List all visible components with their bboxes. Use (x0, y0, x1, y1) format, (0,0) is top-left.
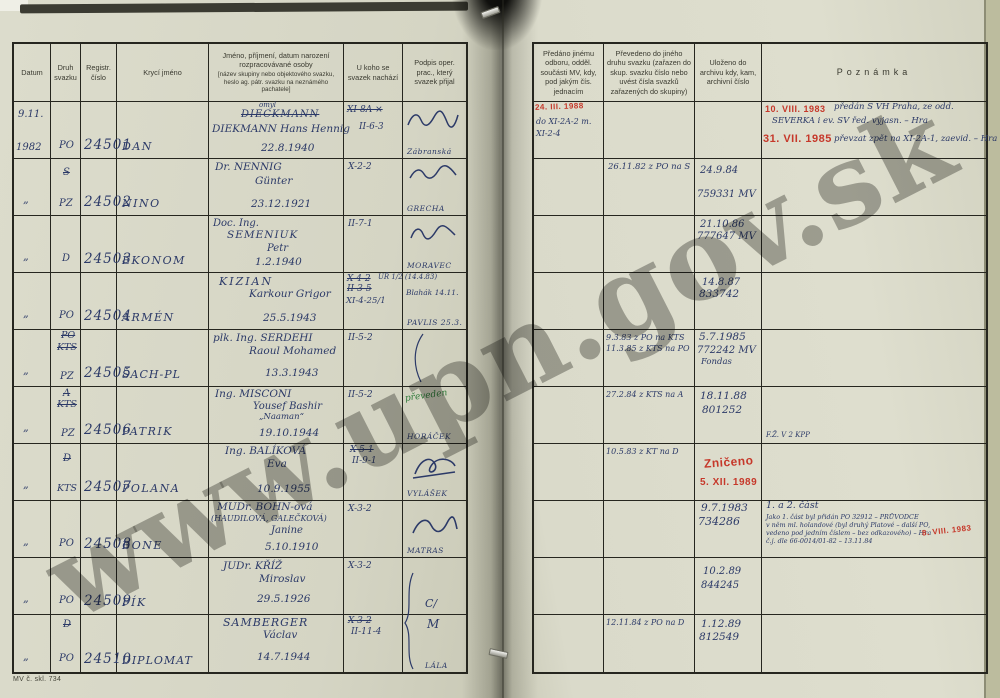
cell-jmeno: Ing. MISCONI Yousef Bashir „Naaman“ 19.1… (209, 387, 344, 443)
birth-date: 10.9.1955 (257, 484, 310, 496)
signature-name: LÁLA (425, 662, 448, 670)
cell-datum: „ (14, 501, 51, 557)
cell-datum: „ (14, 615, 51, 672)
person-name: Ing. MISCONI (215, 389, 291, 401)
note-line: Jako 1. část byl přidán PO 32912 – PRŮVO… (766, 514, 919, 521)
ledger-row-bone: „ PO 24508 BONE MUDr. BOHN-ová (HAUDILOV… (14, 501, 466, 558)
cell-reg: 24502 (81, 159, 117, 215)
cell-podpis: MATRAS (403, 501, 466, 557)
person-name: DIEKMANN Hans Hennig (212, 124, 350, 136)
ditto-mark: „ (23, 593, 29, 605)
cell-ukoho: II-5-2 (344, 387, 403, 443)
cell-poznamka (762, 444, 986, 500)
ditto-mark: „ (23, 479, 29, 491)
signature-name: MATRAS (407, 547, 444, 555)
cell-kryci: ARMÉN (117, 273, 209, 329)
note-line: v něm ml. holandové (byl druhý Platové –… (766, 522, 930, 529)
birth-date: 5.10.1910 (265, 542, 318, 554)
note-line: převzat zpět na XI-2A-1, zaevid. – Hra (834, 135, 997, 144)
cell-poznamka (762, 273, 986, 329)
crossed-name: DIECKMANN (241, 109, 319, 120)
person-given-name: Karkour Grigor (249, 289, 331, 301)
cell-ulozeno: 5.7.1985 772242 MV Fondas (695, 330, 762, 386)
birth-date: 22.8.1940 (261, 143, 314, 155)
signature-name: MORAVEC (407, 262, 452, 270)
person-name: SAMBERGER (223, 617, 308, 629)
note-line: SEVERKA i ev. SV řed. vyjasn. – Hra (772, 117, 928, 126)
archive-note: Fondas (701, 358, 732, 367)
druh-entry: PZ (60, 371, 74, 382)
cell-druh: PO (51, 558, 81, 614)
archive-date: 21.10.86 (700, 219, 745, 230)
cell-predano (534, 330, 604, 386)
location-crossed: X-5-1 (350, 446, 374, 456)
cell-podpis: převeden HORÁČEK (403, 387, 466, 443)
cell-kryci: EKONOM (117, 216, 209, 272)
cell-datum: „ (14, 216, 51, 272)
cell-podpis: MORAVEC (403, 216, 466, 272)
cell-poznamka (762, 159, 986, 215)
archive-row-fik: 10.2.89 844245 (534, 558, 986, 615)
location-code: II-6-3 (359, 123, 384, 133)
cell-ulozeno: 1.12.89 812549 (695, 615, 762, 672)
ledger-row-patrik: „ A KTS PZ 24506 PATRIK Ing. MISCONI You… (14, 387, 466, 444)
date-stamp: 5. XII. 1989 (700, 477, 757, 488)
person-name: Dr. NENNIG (215, 162, 282, 174)
cell-podpis: Zábranská (403, 102, 466, 158)
cell-kryci: PATRIK (117, 387, 209, 443)
date-stamp: 24. III. 1988 (535, 102, 584, 112)
header-datum: Datum (14, 44, 51, 101)
ledger-row-armen: „ PO 24504 ARMÉN KIZIAN Karkour Grigor 2… (14, 273, 466, 330)
cell-jmeno: Ing. BALÍKOVÁ Eva 10.9.1955 (209, 444, 344, 500)
ledger-row-dan: 9.11. 1982 PO 24501 DAN omyl DIECKMANN D… (14, 102, 466, 159)
header-podpis: Podpis oper. prac., který svazek přijal (403, 44, 466, 101)
ledger-row-nino: „ S PZ 24502 NINO Dr. NENNIG Günter 23.1… (14, 159, 466, 216)
cell-reg: 24507 (81, 444, 117, 500)
cover-name: PATRIK (122, 426, 173, 438)
cell-jmeno: MUDr. BOHN-ová (HAUDILOVÁ, GALEČKOVÁ) Ja… (209, 501, 344, 557)
archive-number: 759331 MV (697, 189, 756, 200)
cell-prevedeno (604, 501, 695, 557)
archive-row-diplomat: 12.11.84 z PO na D 1.12.89 812549 (534, 615, 986, 672)
cover-name: BONE (122, 540, 163, 552)
cover-name: DAN (122, 141, 153, 153)
signature-mark: C/ (425, 598, 437, 610)
cell-reg: 24510 (81, 615, 117, 672)
cell-predano (534, 273, 604, 329)
form-number: MV č. skl. 734 (13, 676, 61, 683)
cell-jmeno: Doc. Ing. SEMENIUK Petr 1.2.1940 (209, 216, 344, 272)
cell-predano (534, 501, 604, 557)
cell-prevedeno (604, 102, 695, 158)
transfer-note: do XI-2A-2 m. (536, 118, 591, 127)
cover-name: FÍK (122, 597, 147, 609)
cell-datum: „ (14, 159, 51, 215)
ditto-mark: „ (23, 365, 29, 377)
cell-druh: PO (51, 102, 81, 158)
location-code: II-5-2 (348, 391, 373, 401)
header-jmeno-line2: rozpracovávané osoby (211, 60, 341, 69)
cell-jmeno: omyl DIECKMANN DIEKMANN Hans Hennig 22.8… (209, 102, 344, 158)
ink-curve (409, 332, 429, 384)
ledger-row-ekonom: „ D 24503 EKONOM Doc. Ing. SEMENIUK Petr… (14, 216, 466, 273)
location-code: II-5-2 (348, 334, 373, 344)
cell-predano (534, 387, 604, 443)
person-given-name: Eva (267, 459, 287, 471)
cell-ukoho: II-5-2 (344, 330, 403, 386)
cell-ulozeno: 9.7.1983 734286 (695, 501, 762, 557)
ditto-mark: „ (23, 422, 29, 434)
ledger-row-fik: „ PO 24509 FÍK JUDr. KŘÍŽ Miroslav 29.5.… (14, 558, 466, 615)
cell-ulozeno: 10.2.89 844245 (695, 558, 762, 614)
ditto-mark: „ (23, 651, 29, 663)
archive-date: 18.11.88 (700, 391, 747, 403)
location-crossed: II-3-5 (347, 285, 372, 295)
cell-podpis: GRECHA (403, 159, 466, 215)
datum-entry: 9.11. (18, 109, 43, 120)
header-poznamka: Poznámka (762, 44, 986, 101)
location-code: II-7-1 (348, 220, 373, 230)
birth-date: 29.5.1926 (257, 594, 310, 606)
location-note: UŘ 1/2 (14.4.83) (378, 274, 437, 282)
cell-ulozeno: Zničeno 5. XII. 1989 (695, 444, 762, 500)
archive-row-patrik: 27.2.84 z KTS na A 18.11.88 801252 F.Ž. … (534, 387, 986, 444)
birth-date: 19.10.1944 (259, 428, 319, 440)
person-name: KIZIAN (219, 276, 273, 288)
archive-row-bone: 9.7.1983 734286 1. a 2. část Jako 1. čás… (534, 501, 986, 558)
signature-scribble (409, 224, 457, 244)
person-given-name: Günter (255, 176, 292, 188)
cell-jmeno: Dr. NENNIG Günter 23.12.1921 (209, 159, 344, 215)
cell-predano (534, 615, 604, 672)
header-prevedeno: Převedeno do jiného druhu svazku (zařaze… (604, 44, 695, 101)
archive-number: 812549 (699, 632, 739, 644)
archive-number: 801252 (702, 405, 742, 417)
cell-reg: 24504 (81, 273, 117, 329)
location-code: X-3-2 (348, 505, 372, 515)
location-code: II-11-4 (351, 628, 381, 638)
green-ink-note: převeden (405, 389, 449, 405)
ledger-row-diplomat: „ D PO 24510 DIPLOMAT SAMBERGER Václav 1… (14, 615, 466, 672)
cell-podpis: M LÁLA (403, 615, 466, 672)
cover-name: DIPLOMAT (122, 655, 193, 667)
druh-crossed: D (63, 619, 71, 630)
ledger-row-polana: „ D KTS 24507 POLANA Ing. BALÍKOVÁ Eva 1… (14, 444, 466, 501)
cell-ukoho: X-3-2 II-11-4 (344, 615, 403, 672)
location-crossed: XI-8A × (347, 106, 383, 116)
birth-date: 1.2.1940 (255, 257, 302, 269)
cell-kryci: ŠACH-PL (117, 330, 209, 386)
note-line: F.Ž. V 2 KPP (766, 432, 810, 440)
cell-ulozeno: 18.11.88 801252 (695, 387, 762, 443)
archive-number: 833742 (699, 289, 739, 301)
cell-ukoho: XI-8A × II-6-3 (344, 102, 403, 158)
person-given-name: Miroslav (259, 574, 305, 586)
person-name: Ing. BALÍKOVÁ (225, 446, 306, 458)
ledger-row-sach: „ PO KTS PZ 24505 ŠACH-PL plk. Ing. SERD… (14, 330, 466, 387)
archive-row-dan: 24. III. 1988 do XI-2A-2 m. XI-2-4 10. V… (534, 102, 986, 159)
person-name: MUDr. BOHN-ová (217, 502, 312, 514)
conversion-note: 10.5.83 z KT na D (606, 448, 679, 457)
cell-reg: 24505 (81, 330, 117, 386)
person-given-name: Petr (267, 243, 288, 254)
header-u-koho: U koho se svazek nachází (344, 44, 403, 101)
cell-predano: 24. III. 1988 do XI-2A-2 m. XI-2-4 (534, 102, 604, 158)
archive-date: 24.9.84 (700, 165, 738, 176)
archive-date: 14.8.87 (702, 277, 740, 288)
cell-prevedeno (604, 273, 695, 329)
birth-date: 13.3.1943 (265, 368, 318, 380)
conversion-note: 11.3.85 z KTS na PO (606, 345, 690, 354)
cell-datum: „ (14, 330, 51, 386)
cell-predano (534, 159, 604, 215)
druh-entry: PO (59, 140, 74, 151)
cell-datum: „ (14, 387, 51, 443)
druh-crossed: S (63, 167, 70, 178)
ink-brace (401, 571, 417, 671)
cell-jmeno: KIZIAN Karkour Grigor 25.5.1943 (209, 273, 344, 329)
location-code: X-3-2 (348, 562, 372, 572)
archive-row-nino: 26.11.82 z PO na S 24.9.84 759331 MV (534, 159, 986, 216)
ditto-mark: „ (23, 536, 29, 548)
person-given-name: Raoul Mohamed (249, 346, 336, 358)
conversion-note: 12.11.84 z PO na D (606, 619, 684, 628)
datum-entry: 1982 (16, 142, 41, 153)
cell-prevedeno: 27.2.84 z KTS na A (604, 387, 695, 443)
header-registr-cislo: Registr. číslo (81, 44, 117, 101)
destroyed-stamp: Zničeno (704, 454, 754, 471)
cell-poznamka (762, 615, 986, 672)
cell-reg: 24503 (81, 216, 117, 272)
person-name: SEMENIUK (227, 230, 298, 242)
cell-prevedeno (604, 558, 695, 614)
cell-reg: 24506 (81, 387, 117, 443)
cell-ulozeno: 14.8.87 833742 (695, 273, 762, 329)
conversion-note: 9.3.83 z PO na KTS (606, 334, 685, 343)
person-maiden-names: (HAUDILOVÁ, GALEČKOVÁ) (211, 515, 327, 524)
cell-druh: D (51, 216, 81, 272)
header-predano: Předáno jinému odboru, odděl. součásti M… (534, 44, 604, 101)
header-kryci-jmeno: Krycí jméno (117, 44, 209, 101)
cell-poznamka: F.Ž. V 2 KPP (762, 387, 986, 443)
cell-prevedeno: 12.11.84 z PO na D (604, 615, 695, 672)
person-name: plk. Ing. SERDEHI (213, 333, 313, 345)
cover-name: ARMÉN (122, 312, 175, 324)
cell-prevedeno: 26.11.82 z PO na S (604, 159, 695, 215)
right-page-table: Předáno jinému odboru, odděl. součásti M… (532, 42, 988, 674)
left-header-row: Datum Druh svazku Registr. číslo Krycí j… (14, 44, 466, 102)
conversion-note: 27.2.84 z KTS na A (606, 391, 683, 400)
person-title: Doc. Ing. (213, 218, 259, 229)
archive-date: 5.7.1985 (699, 332, 746, 344)
birth-date: 14.7.1944 (257, 652, 310, 664)
druh-entry: PO (59, 538, 74, 549)
signature-scribble (408, 165, 458, 183)
druh-entry: D (62, 253, 70, 264)
cell-prevedeno (604, 216, 695, 272)
cell-druh: PO (51, 273, 81, 329)
archive-number: 844245 (701, 580, 739, 591)
cell-ukoho: X-3-2 (344, 501, 403, 557)
archive-row-armen: 14.8.87 833742 (534, 273, 986, 330)
cell-predano (534, 444, 604, 500)
cell-ukoho: X-3-2 (344, 558, 403, 614)
header-jmeno: Jméno, příjmení, datum narození rozpraco… (209, 44, 344, 101)
archive-row-polana: 10.5.83 z KT na D Zničeno 5. XII. 1989 (534, 444, 986, 501)
cell-podpis: VYLÁŠEK (403, 444, 466, 500)
ditto-mark: „ (23, 308, 29, 320)
cell-kryci: DAN (117, 102, 209, 158)
ditto-mark: „ (23, 194, 29, 206)
signature-name: Zábranská (407, 148, 452, 156)
cell-reg: 24501 (81, 102, 117, 158)
cell-prevedeno: 10.5.83 z KT na D (604, 444, 695, 500)
cell-ukoho: X-5-1 II-9-1 (344, 444, 403, 500)
cell-ukoho: X-4-2 II-3-5 XI-4-25/1 UŘ 1/2 (14.4.83) (344, 273, 403, 329)
header-druh-svazku: Druh svazku (51, 44, 81, 101)
cell-druh: D PO (51, 615, 81, 672)
druh-crossed: PO (61, 331, 75, 341)
right-header-row: Předáno jinému odboru, odděl. součásti M… (534, 44, 986, 102)
signature-mark: M (427, 618, 439, 631)
cover-name: NINO (122, 198, 161, 210)
cell-ulozeno: 24.9.84 759331 MV (695, 159, 762, 215)
druh-entry: KTS (57, 484, 77, 494)
cell-poznamka (762, 216, 986, 272)
cell-podpis (403, 330, 466, 386)
signature-scribble (406, 110, 460, 130)
signature-name: PAVLIS 25.3. (407, 319, 462, 327)
archive-number: 777647 MV (697, 231, 756, 242)
location-code: XI-4-25/1 (346, 297, 386, 306)
druh-entry: PZ (61, 428, 75, 439)
druh-entry: PO (59, 595, 74, 606)
cell-prevedeno: 9.3.83 z PO na KTS 11.3.85 z KTS na PO (604, 330, 695, 386)
cell-ukoho: X-2-2 (344, 159, 403, 215)
archive-date: 1.12.89 (701, 619, 741, 631)
note-title: 1. a 2. část (766, 501, 819, 511)
druh-crossed: KTS (57, 400, 77, 410)
person-name: JUDr. KŘÍŽ (223, 561, 282, 573)
cell-predano (534, 216, 604, 272)
cover-name: ŠACH-PL (122, 369, 181, 381)
signature-scribble (411, 454, 457, 480)
date-stamp: 10. VIII. 1983 (765, 105, 826, 115)
druh-entry: PZ (59, 198, 73, 209)
archive-number: 772242 MV (697, 345, 756, 356)
druh-crossed: KTS (57, 343, 77, 353)
note-line: předán S VH Praha, ze odd. (834, 103, 954, 112)
header-jmeno-bracket: [název skupiny nebo objektového svazku, … (211, 71, 341, 95)
transfer-note: XI-2-4 (536, 130, 560, 139)
cell-jmeno: JUDr. KŘÍŽ Miroslav 29.5.1926 (209, 558, 344, 614)
person-given-name: Václav (263, 630, 297, 642)
druh-crossed: D (63, 453, 71, 464)
cell-kryci: BONE (117, 501, 209, 557)
archive-row-ekonom: 21.10.86 777647 MV (534, 216, 986, 273)
cell-reg: 24509 (81, 558, 117, 614)
druh-crossed: A (63, 388, 70, 399)
signature-name: VYLÁŠEK (407, 490, 447, 498)
cell-kryci: FÍK (117, 558, 209, 614)
cell-poznamka (762, 330, 986, 386)
cell-druh: S PZ (51, 159, 81, 215)
cell-druh: A KTS PZ (51, 387, 81, 443)
cell-poznamka: 10. VIII. 1983 předán S VH Praha, ze odd… (762, 102, 986, 158)
cell-jmeno: SAMBERGER Václav 14.7.1944 (209, 615, 344, 672)
note-line: vedeno pod jedním číslem – bez odkazovéh… (766, 530, 931, 537)
scanned-registry-spread: Datum Druh svazku Registr. číslo Krycí j… (0, 0, 1000, 698)
signature-name: Blahák 14.11. (406, 289, 458, 297)
cell-jmeno: plk. Ing. SERDEHI Raoul Mohamed 13.3.194… (209, 330, 344, 386)
cell-druh: PO (51, 501, 81, 557)
signature-name: HORÁČEK (407, 433, 451, 441)
birth-date: 25.5.1943 (263, 313, 316, 325)
cell-druh: PO KTS PZ (51, 330, 81, 386)
cover-name: EKONOM (122, 255, 186, 267)
cell-datum: „ (14, 558, 51, 614)
date-stamp: 31. VII. 1985 (763, 133, 832, 145)
archive-date: 9.7.1983 (701, 503, 748, 515)
cell-ukoho: II-7-1 (344, 216, 403, 272)
location-crossed: X-3-2 (348, 617, 372, 627)
left-page-table: Datum Druh svazku Registr. číslo Krycí j… (12, 42, 468, 674)
druh-entry: PO (59, 310, 74, 321)
signature-scribble (411, 515, 459, 539)
birth-date: 23.12.1921 (251, 199, 311, 211)
location-code: II-9-1 (352, 457, 377, 467)
cell-datum: „ (14, 444, 51, 500)
cell-reg: 24508 (81, 501, 117, 557)
cover-name: POLANA (122, 483, 180, 495)
cell-datum: 9.11. 1982 (14, 102, 51, 158)
cell-poznamka: 1. a 2. část Jako 1. část byl přidán PO … (762, 501, 986, 557)
cell-kryci: POLANA (117, 444, 209, 500)
cell-kryci: NINO (117, 159, 209, 215)
archive-date: 10.2.89 (703, 566, 741, 577)
person-given-name: Janine (271, 525, 303, 536)
note-line: č.j. dle 66-0014/01-82 – 13.11.84 (766, 538, 872, 545)
cell-druh: D KTS (51, 444, 81, 500)
signature-name: GRECHA (407, 205, 445, 213)
archive-row-sach: 9.3.83 z PO na KTS 11.3.85 z KTS na PO 5… (534, 330, 986, 387)
ditto-mark: „ (23, 251, 29, 263)
cell-ulozeno: 21.10.86 777647 MV (695, 216, 762, 272)
header-jmeno-line1: Jméno, příjmení, datum narození (211, 51, 341, 60)
cell-predano (534, 558, 604, 614)
archive-number: 734286 (698, 516, 740, 528)
cell-datum: „ (14, 273, 51, 329)
cell-poznamka (762, 558, 986, 614)
conversion-note: 26.11.82 z PO na S (608, 163, 690, 172)
cell-ulozeno (695, 102, 762, 158)
header-ulozeno: Uloženo do archivu kdy, kam, archivní čí… (695, 44, 762, 101)
page-fold-line (502, 0, 504, 698)
cell-kryci: DIPLOMAT (117, 615, 209, 672)
person-alias: „Naaman“ (259, 413, 304, 422)
location-code: X-2-2 (348, 163, 372, 173)
druh-entry: PO (59, 653, 74, 664)
person-given-name: Yousef Bashir (253, 401, 322, 412)
